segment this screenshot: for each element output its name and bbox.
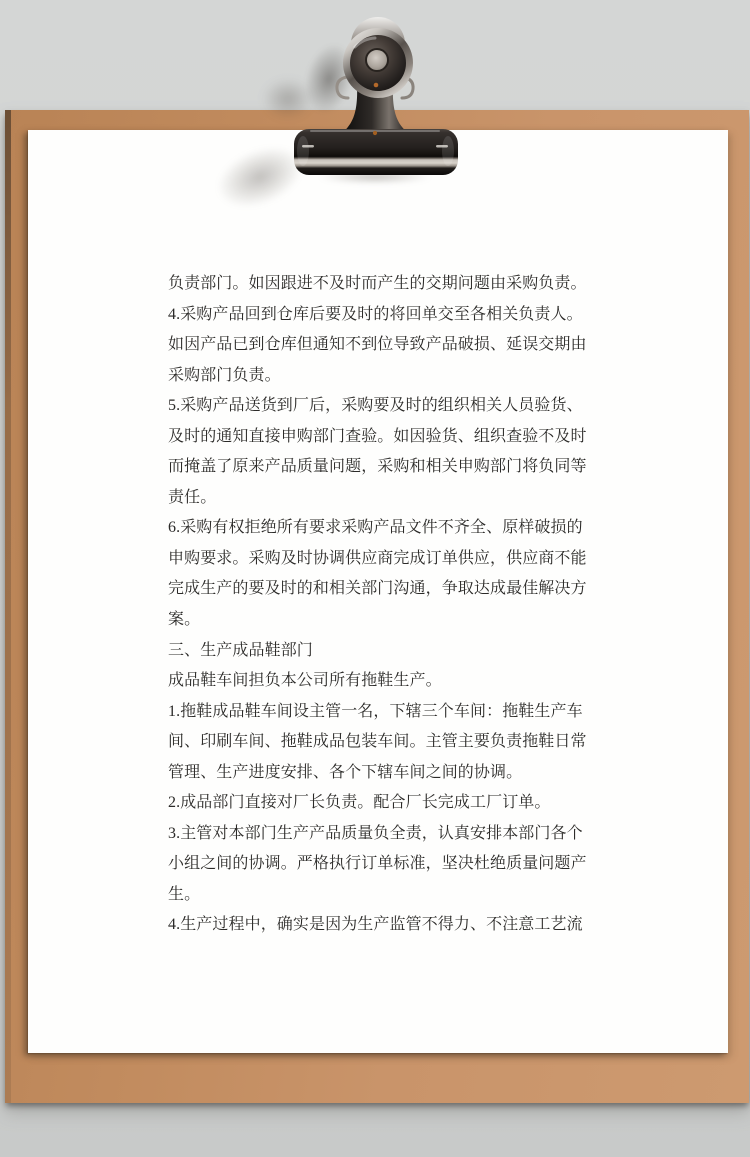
document-line: 4.生产过程中，确实是因为生产监管不得力、不注意工艺流: [168, 910, 638, 941]
clip-spring-ear-left: [337, 77, 348, 98]
paper-sheet: 负责部门。如因跟进不及时而产生的交期问题由采购负责。 4.采购产品回到仓库后要及…: [28, 130, 728, 1053]
clip-orange-glint-knob: [374, 83, 379, 88]
document-line: 采购部门负责。: [168, 361, 638, 392]
clip-knob-hole: [366, 49, 388, 71]
clip-bar-end-sheen-left: [297, 136, 309, 166]
document-line: 管理、生产进度安排、各个下辖车间之间的协调。: [168, 758, 638, 789]
document-line: 完成生产的要及时的和相关部门沟通，争取达成最佳解决方: [168, 574, 638, 605]
document-text: 负责部门。如因跟进不及时而产生的交期问题由采购负责。 4.采购产品回到仓库后要及…: [168, 269, 638, 941]
document-line: 案。: [168, 605, 638, 636]
document-section-heading: 三、生产成品鞋部门: [168, 636, 638, 667]
document-line: 如因产品已到仓库但通知不到位导致产品破损、延误交期由: [168, 330, 638, 361]
document-line: 3.主管对本部门生产产品质量负全责，认真安排本部门各个: [168, 819, 638, 850]
clip-bar: [294, 129, 458, 175]
document-line: 及时的通知直接申购部门查验。如因验货、组织查验不及时: [168, 422, 638, 453]
document-line: 4.采购产品回到仓库后要及时的将回单交至各相关负责人。: [168, 300, 638, 331]
document-line: 责任。: [168, 483, 638, 514]
document-line: 2.成品部门直接对厂长负责。配合厂长完成工厂订单。: [168, 788, 638, 819]
binder-clip-icon: [285, 15, 465, 180]
scene: 负责部门。如因跟进不及时而产生的交期问题由采购负责。 4.采购产品回到仓库后要及…: [0, 0, 750, 1157]
document-line: 1.拖鞋成品鞋车间设主管一名，下辖三个车间：拖鞋生产车: [168, 697, 638, 728]
document-line: 生。: [168, 880, 638, 911]
clip-bar-glint-right: [436, 145, 448, 148]
document-line: 而掩盖了原来产品质量问题，采购和相关申购部门将负同等: [168, 452, 638, 483]
document-line: 成品鞋车间担负本公司所有拖鞋生产。: [168, 666, 638, 697]
document-line: 间、印刷车间、拖鞋成品包装车间。主管主要负责拖鞋日常: [168, 727, 638, 758]
clip-bar-end-sheen-right: [442, 136, 454, 166]
document-line: 5.采购产品送货到厂后，采购要及时的组织相关人员验货、: [168, 391, 638, 422]
clipboard-board: 负责部门。如因跟进不及时而产生的交期问题由采购负责。 4.采购产品回到仓库后要及…: [5, 110, 749, 1103]
document-line: 6.采购有权拒绝所有要求采购产品文件不齐全、原样破损的: [168, 513, 638, 544]
clip-bar-glint-left: [302, 145, 314, 148]
clip-orange-glint-bar: [373, 131, 377, 135]
document-line: 申购要求。采购及时协调供应商完成订单供应，供应商不能: [168, 544, 638, 575]
document-line: 小组之间的协调。严格执行订单标准，坚决杜绝质量问题产: [168, 849, 638, 880]
document-line: 负责部门。如因跟进不及时而产生的交期问题由采购负责。: [168, 269, 638, 300]
